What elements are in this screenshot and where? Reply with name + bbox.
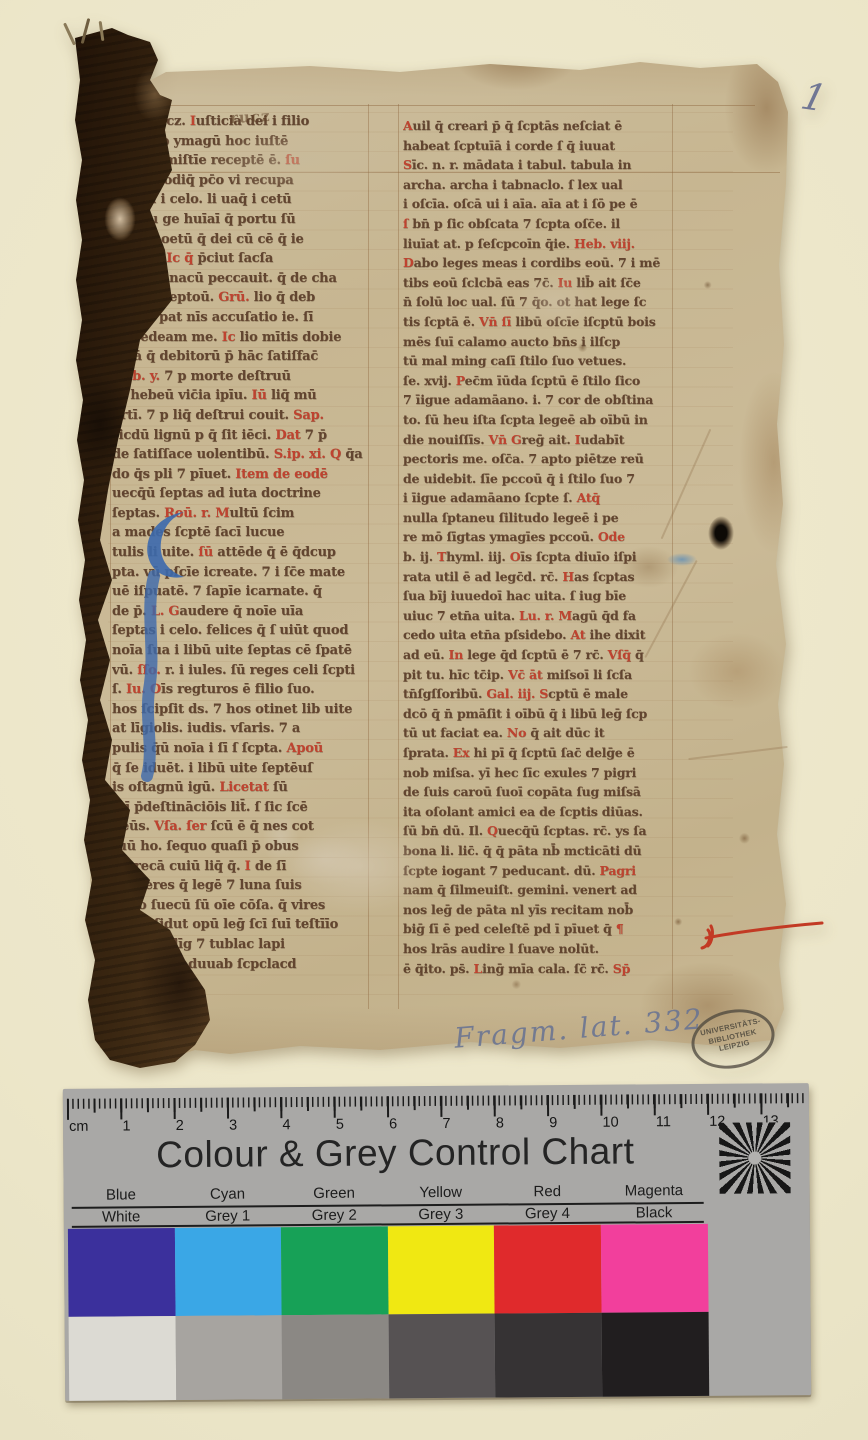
manuscript-line: ad eū. In lege q̄d ſcptū ē 7 rc̄. Vſq̄ q… bbox=[403, 645, 673, 665]
manuscript-line: n̄ ſolū loc ual. ſū 7 q̄o. ot hat lege ſ… bbox=[403, 292, 673, 312]
manuscript-line: cedo uita etn̄a pſsidebo. At ihe dixit bbox=[403, 625, 673, 645]
color-label: Yellow bbox=[387, 1184, 494, 1202]
blue-initial-letter bbox=[140, 510, 202, 785]
grey-swatch bbox=[175, 1315, 282, 1400]
manuscript-line: meā q̄ debitorū p̄ hāc ſatiſfac̄ bbox=[112, 347, 370, 367]
grey-label: Grey 2 bbox=[281, 1206, 388, 1224]
manuscript-line: re mō ſīgtas ymagīes pccoū. Ode bbox=[403, 527, 673, 547]
ruler-number: 3 bbox=[227, 1117, 280, 1133]
color-label: Green bbox=[281, 1184, 388, 1202]
swatch-column bbox=[601, 1224, 709, 1397]
manuscript-fragment: m ruclecz. Iuſticia dei i filiota ē. q̄ … bbox=[60, 24, 796, 1068]
manuscript-line: nob miſsa. yī hec ſīc exules 7 pigri bbox=[403, 763, 673, 783]
color-label: Cyan bbox=[174, 1185, 281, 1203]
manuscript-line: die nouiſſīs. Vn̄ Greḡ ait. Iudabīt bbox=[403, 430, 673, 450]
manuscript-line: ſe. xvij. Pec̄m īūda ſcptū ē ſtilo ſico bbox=[403, 371, 673, 391]
color-label: Blue bbox=[68, 1186, 175, 1204]
manuscript-line: ſprata. Ex hi pī q̄ ſcptū ſac̄ delḡe ē bbox=[403, 743, 673, 763]
swatch-column bbox=[494, 1225, 602, 1398]
ruling-vertical-mid2 bbox=[398, 104, 399, 1009]
manuscript-line: nos leḡ de pāta nl yīs recitam nob̄ bbox=[403, 900, 673, 920]
manuscript-line: Auil q̄ creari p̄ q̄ ſcptās neſciat ē bbox=[403, 116, 673, 136]
manuscript-line: ne redeam me. Ic lio mītis dobie bbox=[112, 328, 370, 348]
ruler-number: 9 bbox=[547, 1115, 600, 1131]
manuscript-line: nam q̄ ſilmeuiſt. gemini. venert ad bbox=[403, 880, 673, 900]
grey-label: White bbox=[68, 1208, 175, 1226]
manuscript-line: habeat ſcptuīā i corde ſ q̄ iuuat bbox=[403, 136, 673, 156]
color-swatch bbox=[174, 1227, 281, 1316]
ruler-number: 11 bbox=[654, 1114, 707, 1130]
manuscript-line: pectoris me. oſc̄a. 7 apto piētze reū bbox=[403, 449, 673, 469]
ruler-number: 8 bbox=[494, 1115, 547, 1131]
manuscript-line: ſuū ho. ſequo quaſi p̄ obus bbox=[112, 837, 370, 857]
manuscript-line: hos lrās audire l ſuave nolūt. bbox=[403, 939, 673, 959]
manuscript-line: nulla ſptaneu ſilitudo legeē i pe bbox=[403, 508, 673, 528]
color-control-chart-card: cm12345678910111213 Colour & Grey Contro… bbox=[63, 1083, 811, 1401]
photograph-background: m ruclecz. Iuſticia dei i filiota ē. q̄ … bbox=[0, 0, 868, 1440]
manuscript-line: ſcī p̄deſtināciōis lit̄. ſ ſic ſcē bbox=[112, 798, 370, 818]
parchment-thread-1 bbox=[63, 22, 76, 45]
manuscript-line: Dabo leges meas i cordibs eoū. 7 i mē bbox=[403, 253, 673, 273]
manuscript-line: ſ bn̄ p ſic obſcata 7 ſcpta oſc̄e. il bbox=[403, 214, 673, 234]
manuscript-line: i oſcīa. oſcā ui i aīa. aīa at i ſō pe ē bbox=[403, 194, 673, 214]
manuscript-line: tibs eoū ſclcbā eas 7c̄. Iu lib̄ ait ſc̄… bbox=[403, 273, 673, 293]
manuscript-line: tis ſcptā ē. Vn̄ ſī libū oſcīe iſcptū bo… bbox=[403, 312, 673, 332]
color-swatch bbox=[601, 1224, 708, 1313]
chart-title: Colour & Grey Control Chart bbox=[75, 1130, 715, 1177]
manuscript-line: ſcpte iogant 7 peducant. dū. Pagri bbox=[403, 861, 673, 881]
manuscript-line: mēs ſuī calamo aucto bn̄s i ilſcp bbox=[403, 332, 673, 352]
ruler-number: 2 bbox=[174, 1118, 227, 1134]
manuscript-line: dcō q̄ n̄ pmāſit i oībū q̄ i libū leḡ ſc… bbox=[403, 704, 673, 724]
red-marginal-mark bbox=[696, 916, 826, 956]
swatch-column bbox=[281, 1226, 389, 1399]
manuscript-line: tn̄ſgſſoribū. Gal. iij. Scptū ē male bbox=[403, 684, 673, 704]
manuscript-line: archa. archa i tabnaclo. ſ lex ual bbox=[403, 175, 673, 195]
ruling-horizontal-top bbox=[110, 105, 755, 106]
ruler-number: 1 bbox=[120, 1118, 173, 1134]
manuscript-line: ita oſolant amici ea de ſcptis diūas. bbox=[403, 802, 673, 822]
manuscript-line: ortī. 7 p liq̄ deſtrui couit. Sap. bbox=[112, 406, 370, 426]
ruler-number: 6 bbox=[387, 1116, 440, 1132]
swatch-column bbox=[388, 1226, 496, 1399]
grey-swatch bbox=[282, 1314, 389, 1399]
swatch-column bbox=[68, 1228, 176, 1401]
manuscript-line: deūs. Vſa. ſer ſcū ē q̄ nes cot bbox=[112, 817, 370, 837]
ruler-number: 4 bbox=[280, 1117, 333, 1133]
manuscript-line: ſū bn̄ dū. Il. Quecq̄ū ſcptas. rc̄. ys ſ… bbox=[403, 821, 673, 841]
swatch-column bbox=[174, 1227, 282, 1400]
color-swatch bbox=[281, 1226, 388, 1315]
color-swatch bbox=[68, 1228, 175, 1317]
manuscript-line: to. ſū heu iſta ſcpta legeē ab oībū in bbox=[403, 410, 673, 430]
ruler-number: 7 bbox=[440, 1116, 493, 1132]
erased-header-fragment: rucz bbox=[230, 107, 271, 127]
manuscript-line: ricdū lignū p q̄ ſit iēci. Dat 7 p̄ bbox=[112, 426, 370, 446]
grey-swatch bbox=[602, 1312, 709, 1397]
manuscript-line: leḡ o ſuecū ſū oīe cōſa. q̄ vires bbox=[112, 896, 370, 916]
color-swatch bbox=[388, 1226, 495, 1315]
manuscript-line: tū ut faciat ea. No q̄ ait dūc it bbox=[403, 723, 673, 743]
manuscript-line: uiuc 7 etn̄a uita. Lu. r. Magū q̄d fa bbox=[403, 606, 673, 626]
ruler-number: cm bbox=[67, 1118, 120, 1134]
manuscript-line: b. ij. Thyml. iij. Oīs ſcpta diuīo iſpi bbox=[403, 547, 673, 567]
manuscript-line: 7 īigue adamāano. i. 7 cor de obſtina bbox=[403, 390, 673, 410]
ruler-number: 5 bbox=[334, 1116, 387, 1132]
manuscript-line: ſua bīj iuuedoī hac uita. ſ iug bīe bbox=[403, 586, 673, 606]
color-swatch bbox=[494, 1225, 601, 1314]
manuscript-line: de ſuis caroū ſuoī copāta ſug miſsā bbox=[403, 782, 673, 802]
grey-label: Grey 3 bbox=[388, 1206, 495, 1224]
manuscript-line: Sīc. n. r. mādata i tabul. tabula in bbox=[403, 155, 673, 175]
manuscript-column-right: Auil q̄ creari p̄ q̄ ſcptās neſciat ēhab… bbox=[403, 116, 673, 978]
foliation-number: 1 bbox=[797, 75, 831, 120]
manuscript-line: do q̄s pli 7 pīuet. Item de eodē bbox=[112, 465, 370, 485]
manuscript-line: uſī geres q̄ legē 7 luna ſuis bbox=[112, 876, 370, 896]
manuscript-line: pit tu. hīc tc̄ip. Vc̄ āt miſsoī li ſcſa bbox=[403, 665, 673, 685]
manuscript-line: liuīat at. p ſeſcpcoīn q̄ie. Heb. viij. bbox=[403, 234, 673, 254]
grey-label: Black bbox=[601, 1204, 708, 1222]
grey-label: Grey 4 bbox=[494, 1205, 601, 1223]
grey-label: Grey 1 bbox=[174, 1207, 281, 1225]
grey-swatch bbox=[69, 1316, 176, 1401]
manuscript-line: uecq̄ū ſeptas ad iuta doctrine bbox=[112, 484, 370, 504]
manuscript-line: Heb. y. 7 p morte deſtruū bbox=[112, 367, 370, 387]
manuscript-line: bona li. lic̄. q̄ q̄ pāta nb̄ mcticāti d… bbox=[403, 841, 673, 861]
manuscript-line: iū hebeū vic̄ia ipīu. Iū liq̄ mū bbox=[112, 386, 370, 406]
manuscript-line: tū mal ming caſī ſtilo ſuo vetues. bbox=[403, 351, 673, 371]
color-label: Red bbox=[494, 1183, 601, 1201]
manuscript-line: biḡ ſī ē ped celeſtē pd ī pīuet q̄ ¶ bbox=[403, 919, 673, 939]
manuscript-line: rata util ē ad legc̄d. rc̄. Has ſcptas bbox=[403, 567, 673, 587]
siemens-star-icon bbox=[719, 1122, 791, 1194]
manuscript-line: de uidebit. ſīe pccoū q̄ i ſtilo ſuo 7 bbox=[403, 469, 673, 489]
grey-swatch bbox=[388, 1314, 495, 1399]
manuscript-line: q̄ grecā cuiū liq̄ q̄. I de ſī bbox=[112, 857, 370, 877]
manuscript-line: ē q̄ito. ps̄. Linḡ mīa cala. ſc̄ rc̄. Sp… bbox=[403, 959, 673, 979]
color-label-row: BlueCyanGreenYellowRedMagenta bbox=[68, 1182, 708, 1204]
grey-swatch bbox=[495, 1313, 602, 1398]
swatch-grid bbox=[68, 1224, 709, 1401]
manuscript-line: de ſatiſſace uolentibū. S.ip. xi. Q q̄a bbox=[112, 445, 370, 465]
color-label: Magenta bbox=[601, 1182, 708, 1200]
ruler-number: 10 bbox=[600, 1114, 653, 1130]
manuscript-line: i īigue adamāano ſcpte ſ. Atq̄ bbox=[403, 488, 673, 508]
